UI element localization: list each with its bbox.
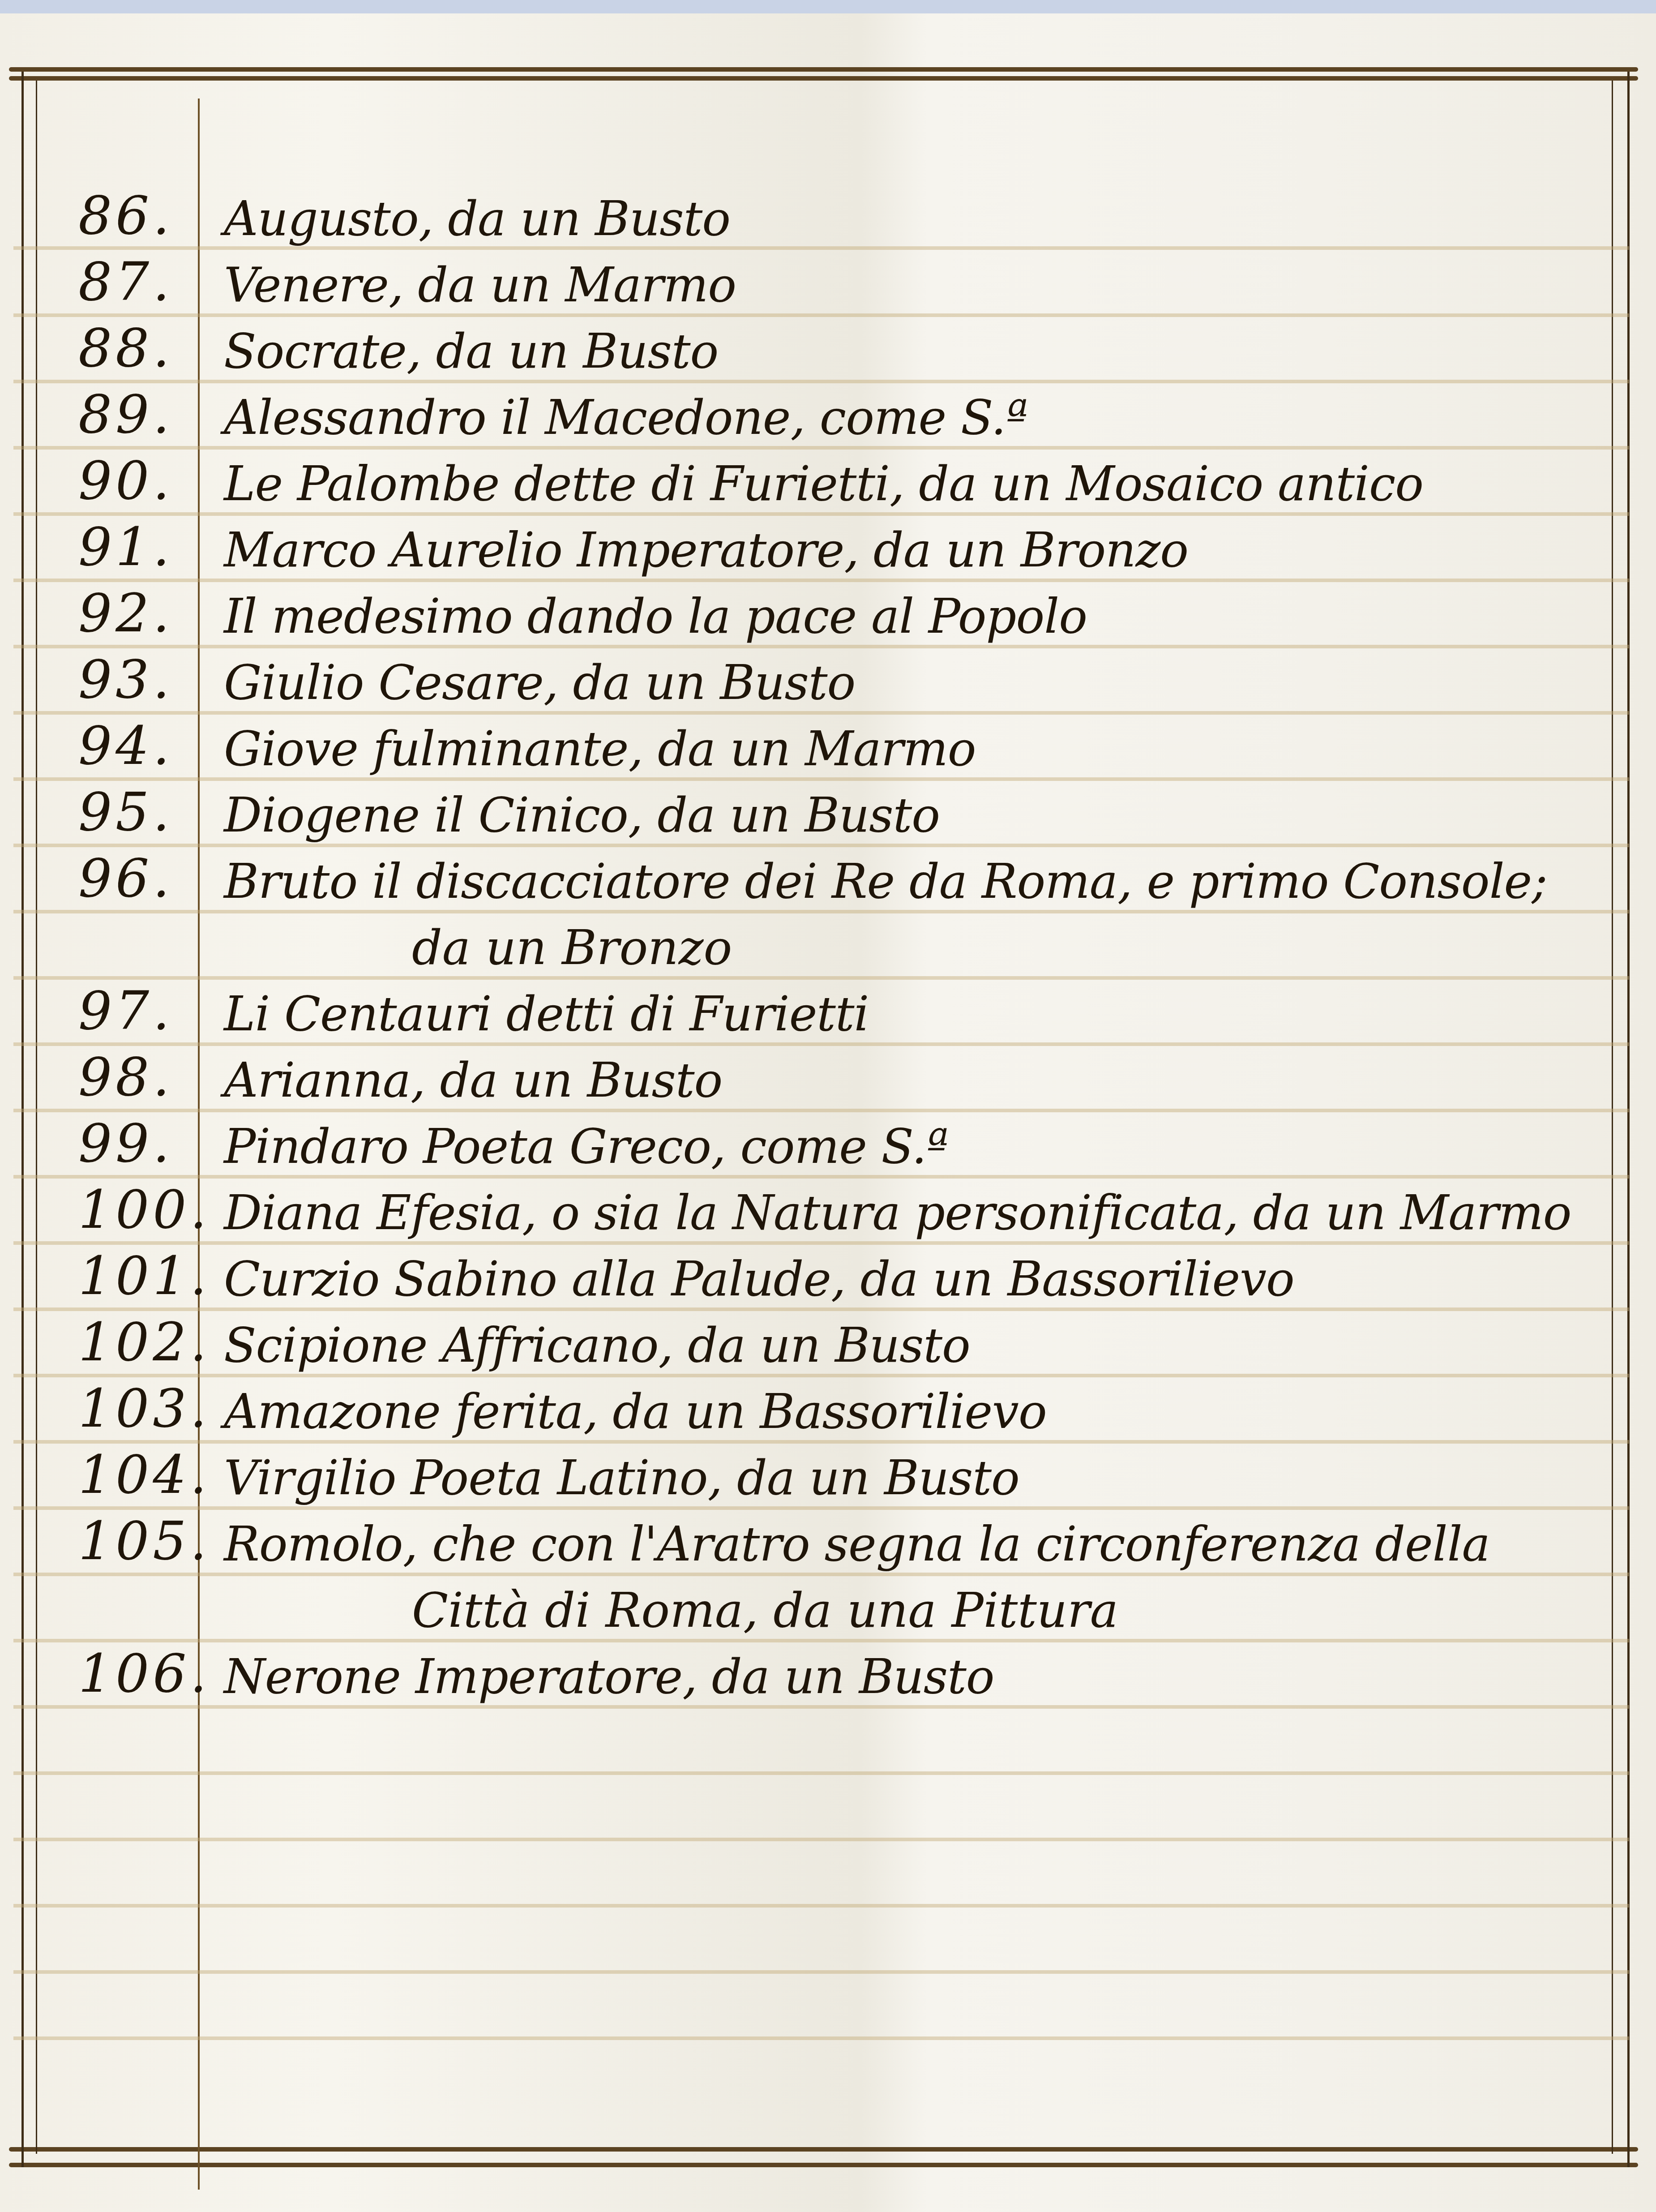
entry-text: Augusto, da un Busto <box>224 191 730 246</box>
entry-number: 96. <box>78 847 173 909</box>
entry-number: 102. <box>78 1311 210 1373</box>
catalogue-entry: 106. Nerone Imperatore, da un Busto <box>0 1642 1656 1722</box>
entry-text: Il medesimo dando la pace al Popolo <box>224 589 1087 644</box>
entry-text: Arianna, da un Busto <box>224 1053 722 1108</box>
entry-text: Li Centauri detti di Furietti <box>224 986 869 1042</box>
entry-number: 100. <box>78 1179 210 1240</box>
entry-number: 99. <box>78 1112 173 1174</box>
entry-text: Giove fulminante, da un Marmo <box>224 721 976 776</box>
entry-number: 105. <box>78 1510 210 1572</box>
entry-text: Le Palombe dette di Furietti, da un Mosa… <box>224 456 1423 511</box>
entry-number: 93. <box>78 648 173 710</box>
entry-text: Venere, da un Marmo <box>224 257 736 313</box>
manuscript-page: 86. Augusto, da un Busto 87. Venere, da … <box>0 13 1656 2212</box>
entry-text: Marco Aurelio Imperatore, da un Bronzo <box>224 523 1188 578</box>
entry-number: 89. <box>78 383 173 445</box>
entry-number: 106. <box>78 1642 210 1704</box>
entry-number: 95. <box>78 781 173 843</box>
entry-text: Giulio Cesare, da un Busto <box>224 655 855 710</box>
entry-number: 92. <box>78 582 173 644</box>
entry-number: 104. <box>78 1444 210 1505</box>
entry-text: Virgilio Poeta Latino, da un Busto <box>224 1450 1019 1505</box>
entry-number: 87. <box>78 251 173 313</box>
entry-text: Romolo, che con l'Aratro segna la circon… <box>224 1517 1490 1572</box>
entry-number: 98. <box>78 1046 173 1108</box>
entry-text: Nerone Imperatore, da un Busto <box>224 1649 994 1704</box>
entry-text: Diana Efesia, o sia la Natura personific… <box>224 1185 1571 1240</box>
entry-text: Curzio Sabino alla Palude, da un Bassori… <box>224 1252 1294 1307</box>
entry-text: Diogene il Cinico, da un Busto <box>224 788 940 843</box>
entry-text: Pindaro Poeta Greco, come S.ª <box>224 1119 948 1174</box>
entry-text: Socrate, da un Busto <box>224 324 718 379</box>
entry-number: 101. <box>78 1245 210 1307</box>
entry-continuation-text: da un Bronzo <box>412 920 732 975</box>
entry-text: Bruto il discacciatore dei Re da Roma, e… <box>224 854 1547 909</box>
catalogue-entries: 86. Augusto, da un Busto 87. Venere, da … <box>0 13 1656 2212</box>
entry-number: 88. <box>78 317 173 379</box>
entry-text: Alessandro il Macedone, come S.ª <box>224 390 1028 445</box>
entry-number: 103. <box>78 1377 210 1439</box>
entry-continuation-text: Città di Roma, da una Pittura <box>412 1583 1118 1638</box>
entry-number: 91. <box>78 516 173 578</box>
entry-number: 94. <box>78 715 173 776</box>
entry-number: 86. <box>78 184 173 246</box>
entry-number: 97. <box>78 980 173 1042</box>
entry-number: 90. <box>78 450 173 511</box>
entry-text: Amazone ferita, da un Bassorilievo <box>224 1384 1047 1439</box>
entry-text: Scipione Affricano, da un Busto <box>224 1318 970 1373</box>
